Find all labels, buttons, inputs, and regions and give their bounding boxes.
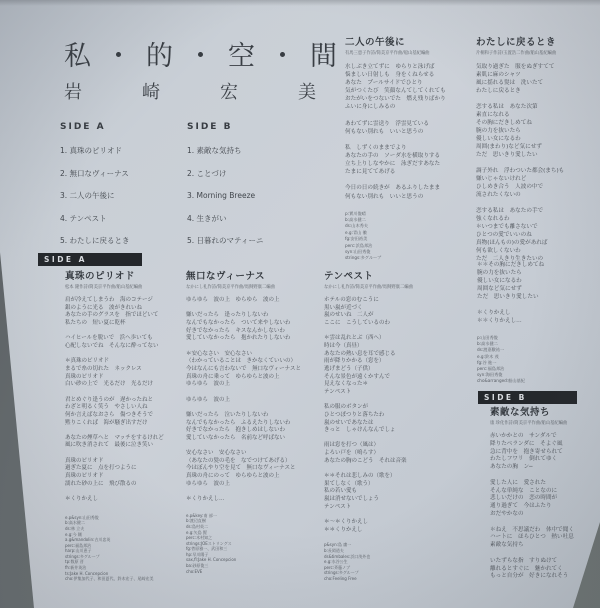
lyrics-column-suteki: 素敵な気持ち 康 珍化作詩/筒美京平作曲/船山基紀編曲 赤いかかとの サンダルで… (490, 404, 600, 581)
song-lyrics: 水しぶき立てずに ゆらりと泳げば 悩ましい日射しも 身をくねらせる あなた プー… (345, 63, 471, 201)
lyrics-column-tempest: テンペスト なかにし礼作詩/筒美京平作曲/馬飼野康二編曲 ホテルの窓のむこうに … (324, 268, 462, 582)
side-a-section-bar: SIDE A (38, 253, 142, 266)
song-credit: 松本 隆作詩/筒美京平作曲/船山基紀編曲 (65, 284, 197, 290)
tracklist-side-b: SIDE B 1. 素敵な気持ち 2. ことづけ 3. Morning Bree… (187, 122, 317, 253)
song-musician-credits: p&syn:島 庸一 b:長岡道夫 ds&timbales:浜口茂外也 e.g:… (324, 542, 462, 581)
track-item: 5. 日暮れのマティーニ (187, 230, 317, 253)
song-title: 真珠のピリオド (65, 268, 197, 282)
album-title: 私・的・空・間 (64, 34, 351, 73)
song-lyrics-continued: ＊＊その胸にだきしめてね 腕の力を抜いたら 優しい女になるわ 周囲など気にせず … (477, 261, 599, 325)
lyrics-column-watashi: わたしに戻るとき 片桐和子作詩/玉置浩二作曲/船山基紀編曲 気取り過ぎた 服をぬ… (476, 34, 598, 263)
lyrics-column-shinju: 真珠のピリオド 松本 隆作詩/筒美京平作曲/船山基紀編曲 肩が冷えてしまうわ 海… (65, 268, 197, 582)
track-item: 1. 素敵な気持ち (187, 140, 317, 163)
song-title: テンペスト (324, 268, 462, 282)
song-lyrics: ゆらゆら 波の上 ゆらゆら 波の上 嫌いだったら 逢ったりしないわ なんでもなか… (186, 297, 324, 504)
song-credit: なかにし礼作詩/筒美京平作曲/馬飼野康二編曲 (186, 284, 324, 290)
song-musician-credits: p:山田秀俊 b:高水健二 ds:渡嘉敷祐一 e.g:鈴木 茂 fg:谷 進一 … (477, 335, 599, 385)
lyrics-column-futari: 二人の午後に 有馬三恵子作詩/筒美京平作曲/船山基紀編曲 水しぶき立てずに ゆら… (345, 34, 471, 262)
song-credit: 片桐和子作詩/玉置浩二作曲/船山基紀編曲 (476, 50, 598, 56)
artist-name: 岩崎宏美 (64, 78, 376, 104)
lyrics-column-mukuchi: 無口なヴィーナス なかにし礼作詩/筒美京平作曲/馬飼野康二編曲 ゆらゆら 波の上… (186, 268, 324, 574)
song-musician-credits: p:實川俊晴 b:高水健二 ds:山木秀夫 e.g:青山 徹 fg:安田裕美 p… (345, 211, 471, 262)
song-credit: 康 珍化作詩/筒美京平作曲/船山基紀編曲 (490, 420, 600, 426)
side-b-section-bar: SIDE B (478, 391, 577, 404)
track-item: 3. Morning Breeze (187, 185, 317, 208)
tracklist-side-a-header: SIDE A (60, 122, 190, 132)
track-item: 2. 無口なヴィーナス (60, 163, 190, 186)
song-musician-credits: e.p&key:南 部一 b:渡辺直樹 ds:島村英二 e.g:矢島 賢 per… (186, 513, 324, 575)
tracklist-side-a: SIDE A 1. 真珠のピリオド 2. 無口なヴィーナス 3. 二人の午後に … (60, 122, 190, 253)
lyrics-column-watashi-continued: ＊＊その胸にだきしめてね 腕の力を抜いたら 優しい女になるわ 周囲など気にせず … (477, 261, 599, 385)
track-item: 2. ことづけ (187, 163, 317, 186)
song-credit: 有馬三恵子作詩/筒美京平作曲/船山基紀編曲 (345, 50, 471, 56)
song-credit: なかにし礼作詩/筒美京平作曲/馬飼野康二編曲 (324, 284, 462, 290)
song-lyrics: 肩が冷えてしまうわ 海のコテージ 銀のように光る 波がきれいね あなたの手のグラ… (65, 297, 197, 504)
song-lyrics: ホテルの窓のむこうに 黒い嵐が近づく 嵐のせいね 二人が ここに こうしているの… (324, 297, 462, 534)
album-insert-scan: 私・的・空・間 岩崎宏美 SIDE A 1. 真珠のピリオド 2. 無口なヴィー… (0, 0, 600, 608)
track-item: 3. 二人の午後に (60, 185, 190, 208)
song-title: わたしに戻るとき (476, 34, 598, 48)
tracklist-side-b-header: SIDE B (187, 122, 317, 132)
song-title: 二人の午後に (345, 34, 471, 48)
song-lyrics: 赤いかかとの サンダルで 降りたベランダに そよぐ風 急に背中を 抱き寄せられて… (490, 433, 600, 581)
track-item: 4. 生きがい (187, 208, 317, 231)
song-title: 無口なヴィーナス (186, 268, 324, 282)
track-item: 4. テンペスト (60, 208, 190, 231)
song-musician-credits: e.p&syn:山田秀俊 b:高水健二 ds:林 立夫 e.g:今 剛 a.g&… (65, 515, 197, 582)
song-lyrics: 気取り過ぎた 服をぬぎすてて 素肌に麻のシャツ 風に揺れる髪は 洗いたて わたし… (476, 63, 598, 263)
track-item: 5. わたしに戻るとき (60, 230, 190, 253)
track-item: 1. 真珠のピリオド (60, 140, 190, 163)
song-title: 素敵な気持ち (490, 404, 600, 418)
